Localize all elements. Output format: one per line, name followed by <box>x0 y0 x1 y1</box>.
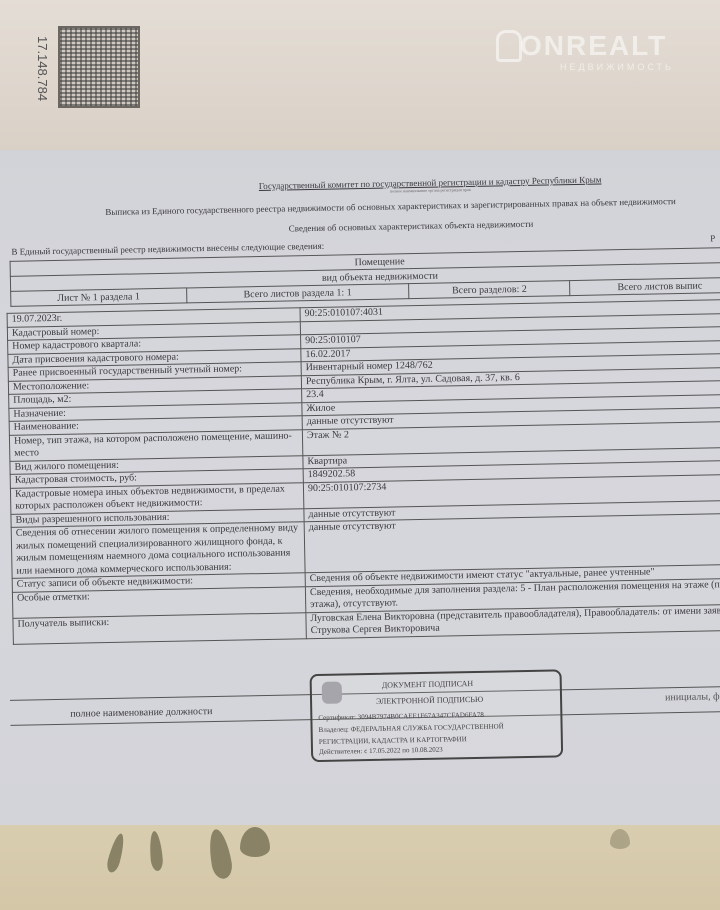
leaf-pattern <box>610 829 630 849</box>
leaf-pattern <box>105 832 127 874</box>
watermark-brand: ONREALT <box>520 30 667 61</box>
extract-title: Выписка из Единого государственного реес… <box>41 195 720 218</box>
intro-right: Р <box>710 233 715 243</box>
leaf-pattern <box>240 827 270 857</box>
sections-total: Всего разделов: 2 <box>409 281 570 299</box>
intro-label: В Единый государственный реестр недвижим… <box>11 241 324 257</box>
sheets-in-section: Всего листов раздела 1: 1 <box>186 284 409 303</box>
stamp-owner: Владелец: ФЕДЕРАЛЬНАЯ СЛУЖБА ГОСУДАРСТВЕ… <box>319 722 504 734</box>
registry-extract-document: Государственный комитет по государственн… <box>0 150 720 825</box>
leaf-pattern <box>148 831 163 872</box>
sheets-total: Всего листов выпис <box>570 277 720 295</box>
background-sheet: 17.148.784 ONREALT НЕДВИЖИМОСТЬ <box>0 0 720 150</box>
coat-of-arms-icon <box>322 682 342 704</box>
row-label: Сведения об отнесении жилого помещения к… <box>11 522 305 579</box>
characteristics-table: 19.07.2023г.90:25:010107:4031Кадастровый… <box>7 299 720 645</box>
stamp-line2: ЭЛЕКТРОННОЙ ПОДПИСЬЮ <box>376 695 483 706</box>
house-logo-icon <box>496 30 522 62</box>
tablecloth-background <box>0 825 720 910</box>
row-value: данные отсутствуют <box>304 513 720 573</box>
leaf-pattern <box>206 828 234 881</box>
position-caption: полное наименование должности <box>70 706 212 720</box>
header-table: Помещение вид объекта недвижимости Лист … <box>10 247 720 307</box>
sheet-number: Лист № 1 раздела 1 <box>11 288 187 306</box>
stamp-certificate: Сертификат: 3094B7974B0CAEE1F67A347CFAD6… <box>318 711 484 722</box>
qr-code <box>58 26 140 108</box>
stamp-owner2: РЕГИСТРАЦИИ, КАДАСТРА И КАРТОГРАФИИ <box>319 735 467 746</box>
watermark: ONREALT НЕДВИЖИМОСТЬ <box>520 30 674 72</box>
electronic-signature-stamp: ДОКУМЕНТ ПОДПИСАН ЭЛЕКТРОННОЙ ПОДПИСЬЮ С… <box>310 669 564 762</box>
stamp-line1: ДОКУМЕНТ ПОДПИСАН <box>382 679 474 690</box>
stamp-validity: Действителен: с 17.05.2022 по 10.08.2023 <box>319 746 443 756</box>
row-label: Получатель выписки: <box>13 612 306 644</box>
qr-number: 17.148.784 <box>35 36 50 101</box>
watermark-subtitle: НЕДВИЖИМОСТЬ <box>560 62 674 72</box>
initials-caption: инициалы, ф <box>665 691 720 703</box>
